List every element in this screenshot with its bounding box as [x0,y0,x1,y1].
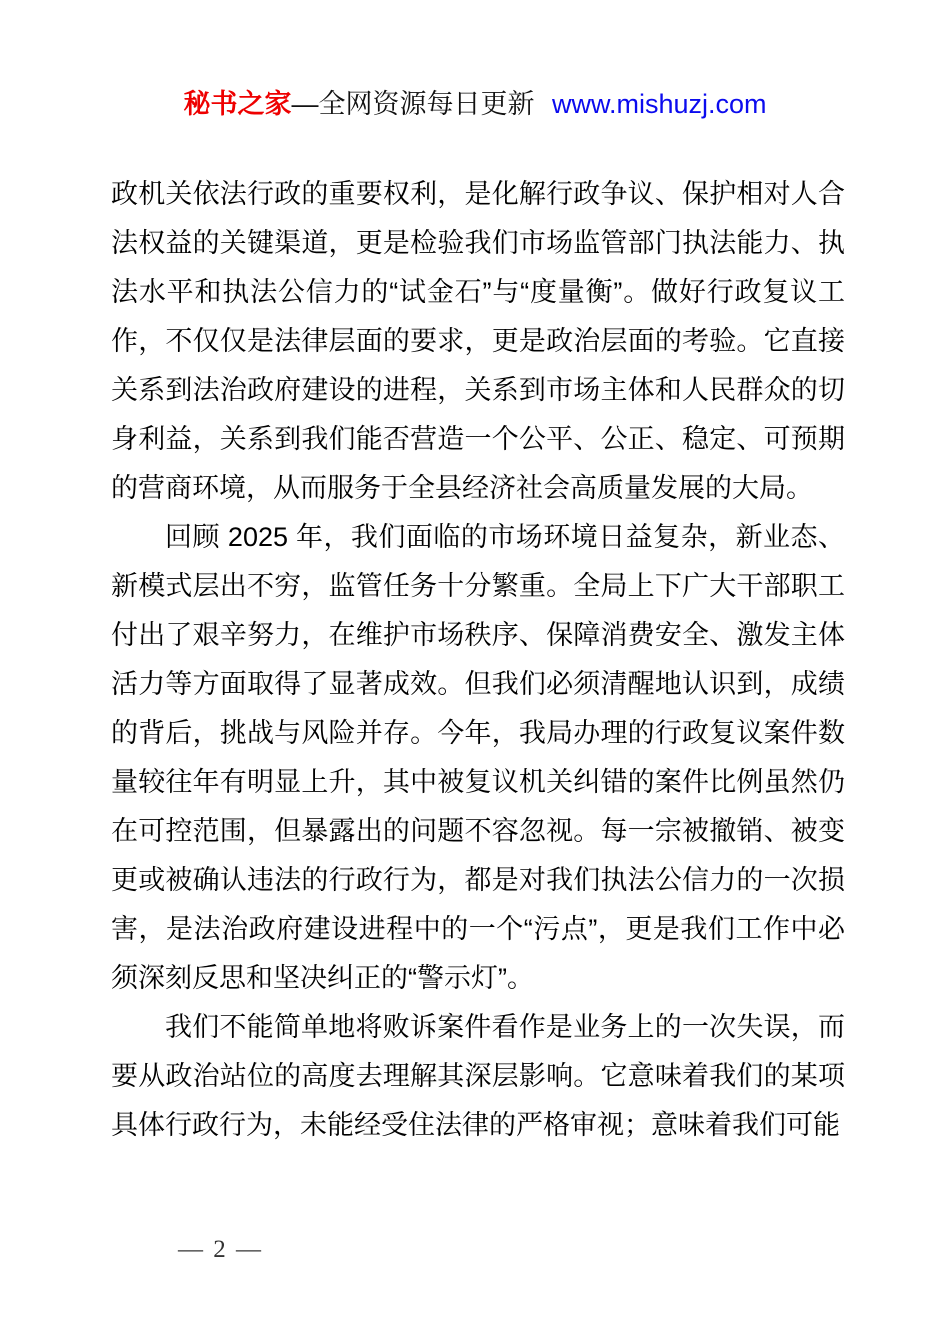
paragraph-1: 政机关依法行政的重要权利，是化解行政争议、保护相对人合法权益的关键渠道，更是检验… [111,170,845,513]
site-brand: 秘书之家 [183,89,291,119]
page-footer: — 2 — [178,1236,263,1264]
site-tagline: —全网资源每日更新 [291,89,534,119]
paragraph-2: 回顾 2025 年，我们面临的市场环境日益复杂，新业态、新模式层出不穷，监管任务… [111,513,845,1003]
page-number: — 2 — [178,1236,263,1263]
document-body: 政机关依法行政的重要权利，是化解行政争议、保护相对人合法权益的关键渠道，更是检验… [111,170,845,1150]
paragraph-3: 我们不能简单地将败诉案件看作是业务上的一次失误，而要从政治站位的高度去理解其深层… [111,1003,845,1150]
site-url-link[interactable]: www.mishuzj.com [552,89,767,119]
document-page: 秘书之家—全网资源每日更新 www.mishuzj.com 政机关依法行政的重要… [0,0,950,1344]
site-header: 秘书之家—全网资源每日更新 www.mishuzj.com [0,84,950,124]
